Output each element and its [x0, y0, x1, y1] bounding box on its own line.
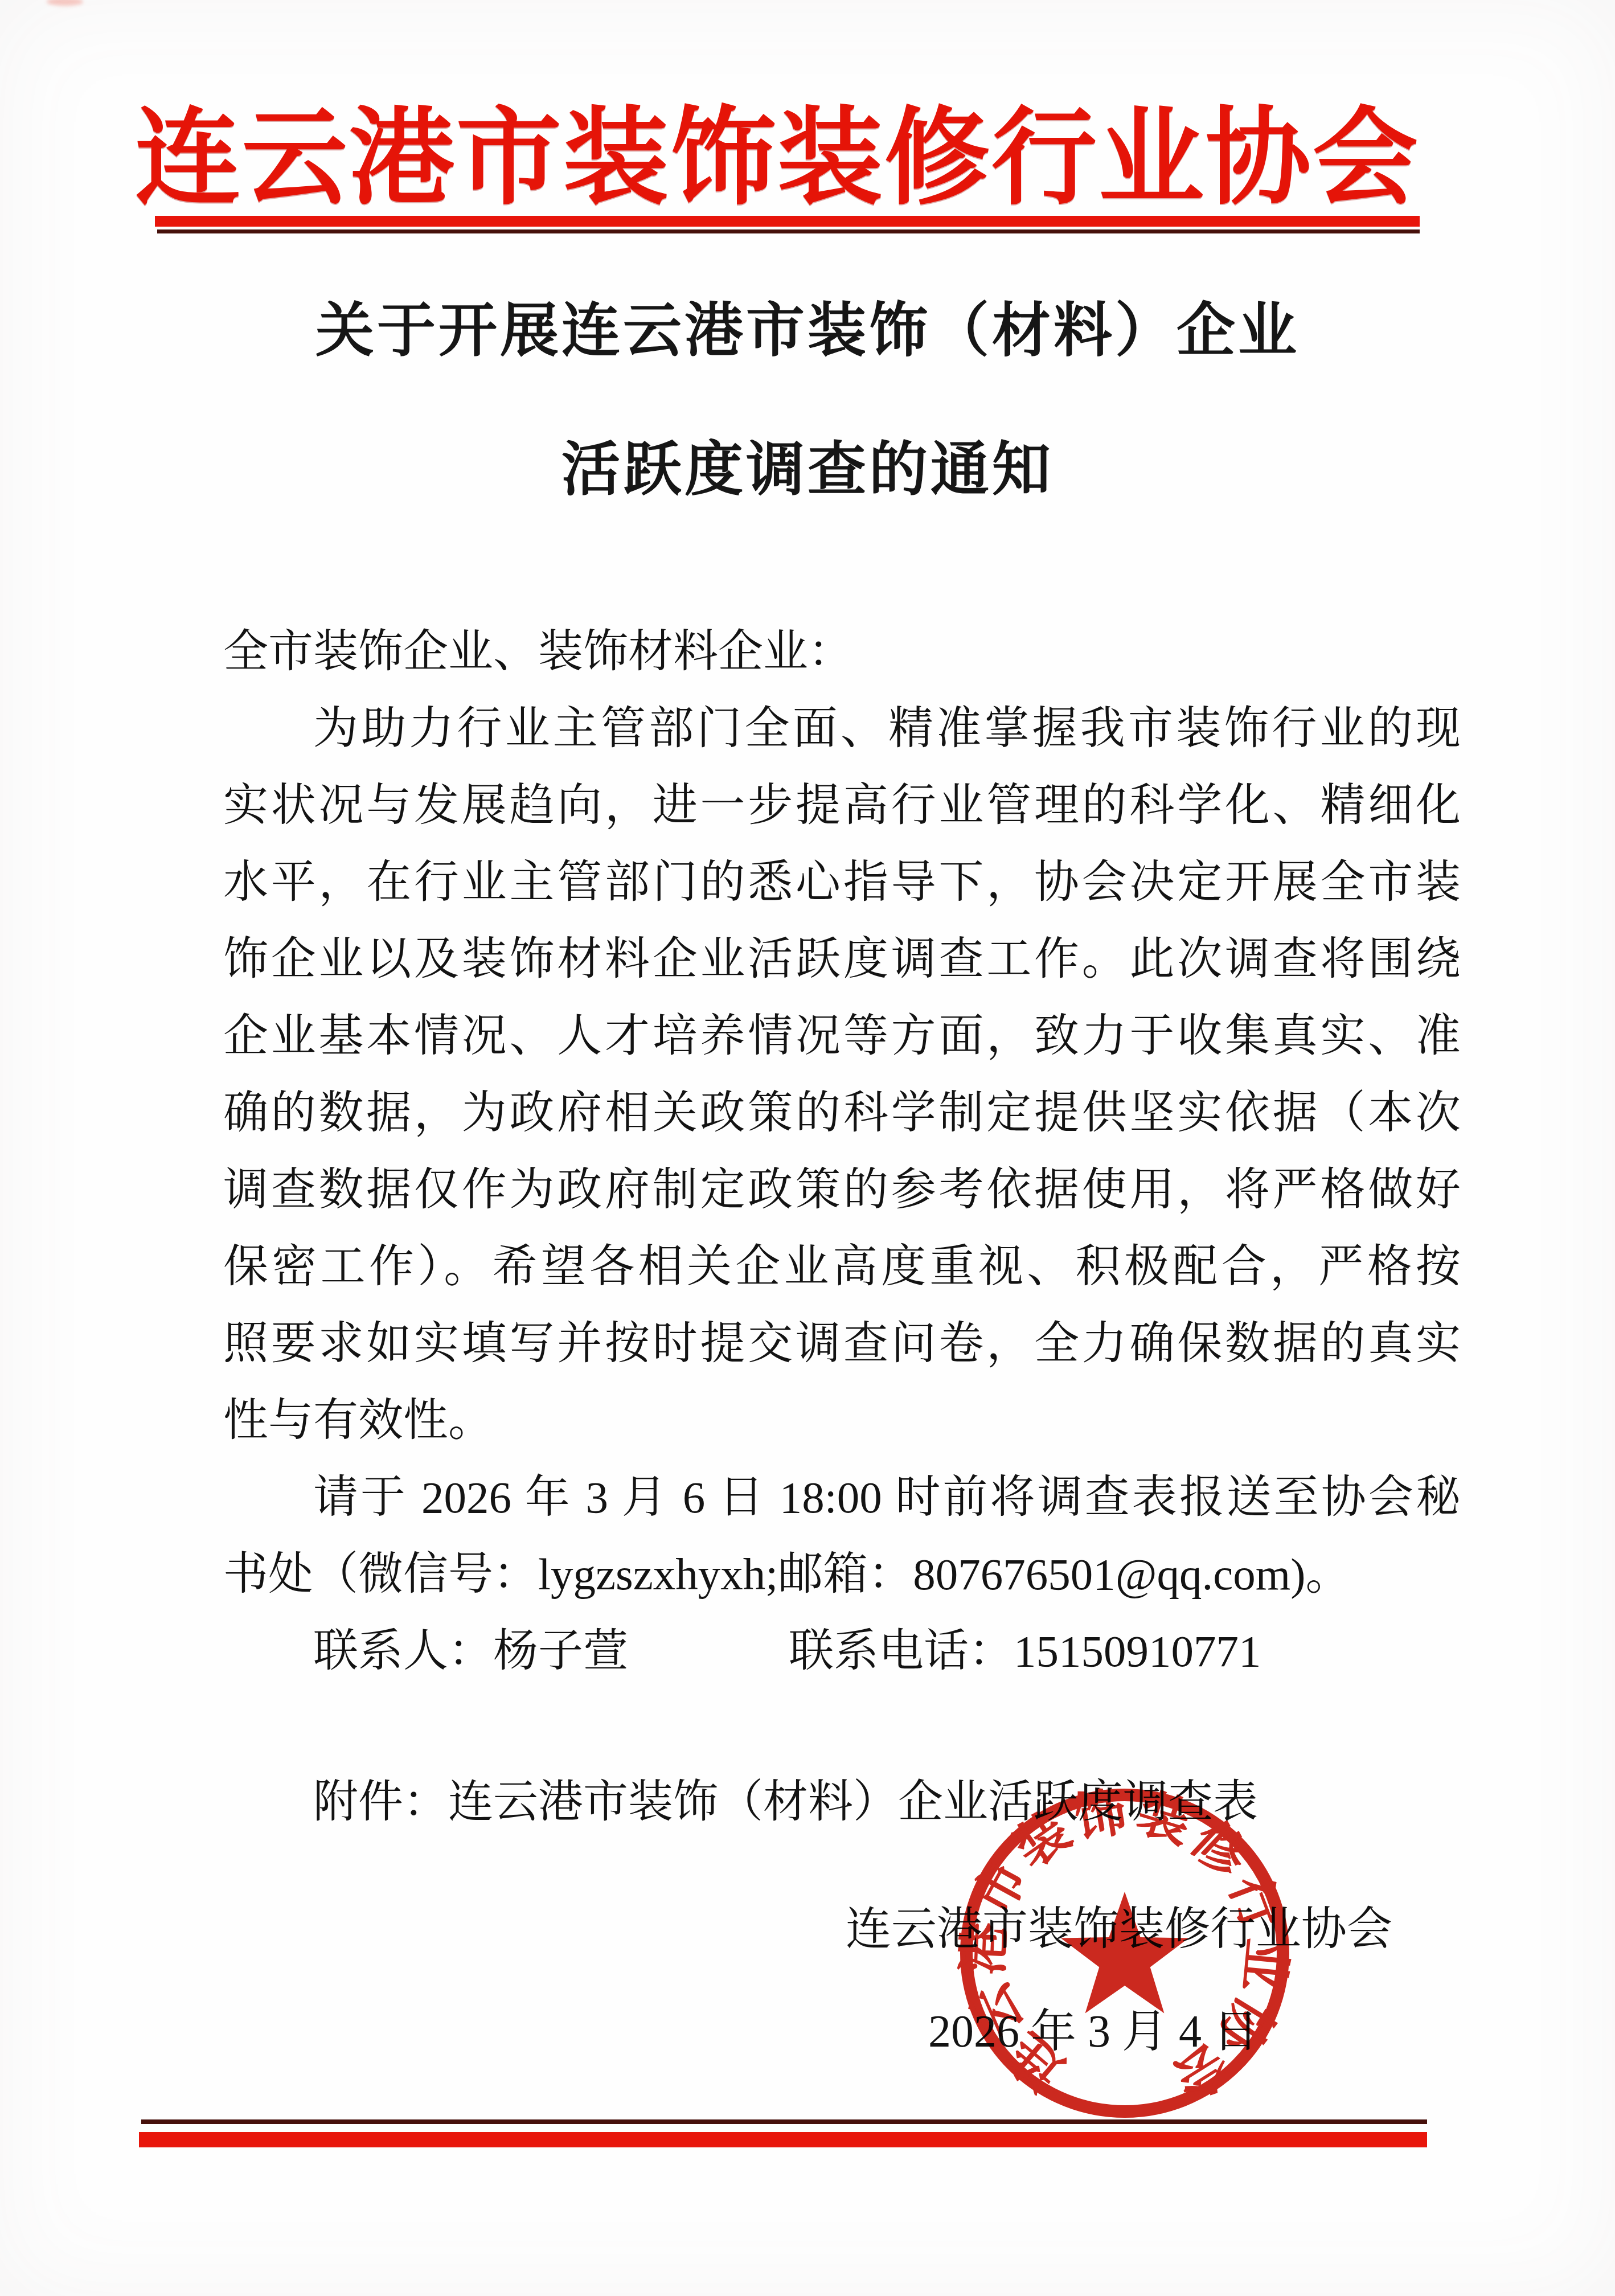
body-line: 为助力行业主管部门全面、精准掌握我市装饰行业的现	[223, 691, 1461, 768]
contact-person: 联系人：杨子萱	[313, 1613, 628, 1690]
body-lines: 全市装饰企业、装饰材料企业：为助力行业主管部门全面、精准掌握我市装饰行业的现实状…	[223, 614, 1461, 1613]
header-rule-thin	[157, 229, 1420, 233]
official-stamp: 连云港市装饰装修行业协会	[942, 1771, 1307, 2135]
footer-rule-thin	[141, 2119, 1427, 2124]
body-line: 书处（微信号：lygzszxhyxh;邮箱：807676501@qq.com)。	[223, 1536, 1461, 1613]
body-line: 全市装饰企业、装饰材料企业：	[223, 614, 1461, 691]
body-line: 照要求如实填写并按时提交调查问卷，全力确保数据的真实	[223, 1306, 1461, 1383]
notice-title-line2: 活跃度调查的通知	[0, 423, 1615, 507]
contact-person-name: 杨子萱	[493, 1627, 628, 1676]
body-line: 饰企业以及装饰材料企业活跃度调查工作。此次调查将围绕	[223, 921, 1461, 998]
header-rule-thick	[155, 216, 1420, 227]
body-line: 水平，在行业主管部门的悉心指导下，协会决定开展全市装	[223, 844, 1461, 921]
contact-phone-label: 联系电话：	[789, 1627, 1014, 1676]
body-line: 调查数据仅作为政府制定政策的参考依据使用，将严格做好	[223, 1152, 1461, 1229]
notice-title-line1: 关于开展连云港市装饰（材料）企业	[0, 284, 1615, 368]
letterhead-org-name: 连云港市装饰装修行业协会	[0, 73, 1615, 224]
body-line: 性与有效性。	[223, 1383, 1461, 1459]
body-line: 企业基本情况、人才培养情况等方面，致力于收集真实、准	[223, 998, 1461, 1075]
scan-smudge	[47, 0, 83, 6]
contact-phone: 联系电话：15150910771	[789, 1613, 1261, 1690]
footer-rule-thick	[139, 2132, 1427, 2147]
body-line: 确的数据，为政府相关政策的科学制定提供坚实依据（本次	[223, 1075, 1461, 1152]
contact-row: 联系人：杨子萱 联系电话：15150910771	[223, 1613, 1461, 1690]
contact-phone-number: 15150910771	[1014, 1627, 1261, 1676]
body-line: 请于 2026 年 3 月 6 日 18:00 时前将调查表报送至协会秘	[223, 1459, 1461, 1536]
body-line: 保密工作）。希望各相关企业高度重视、积极配合，严格按	[223, 1229, 1461, 1306]
scanned-notice-page: 连云港市装饰装修行业协会 关于开展连云港市装饰（材料）企业 活跃度调查的通知 全…	[0, 0, 1615, 2296]
notice-body: 全市装饰企业、装饰材料企业：为助力行业主管部门全面、精准掌握我市装饰行业的现实状…	[223, 614, 1461, 1690]
contact-person-label: 联系人：	[313, 1627, 493, 1676]
star-icon	[1061, 1892, 1188, 2014]
body-line: 实状况与发展趋向，进一步提高行业管理的科学化、精细化	[223, 768, 1461, 844]
